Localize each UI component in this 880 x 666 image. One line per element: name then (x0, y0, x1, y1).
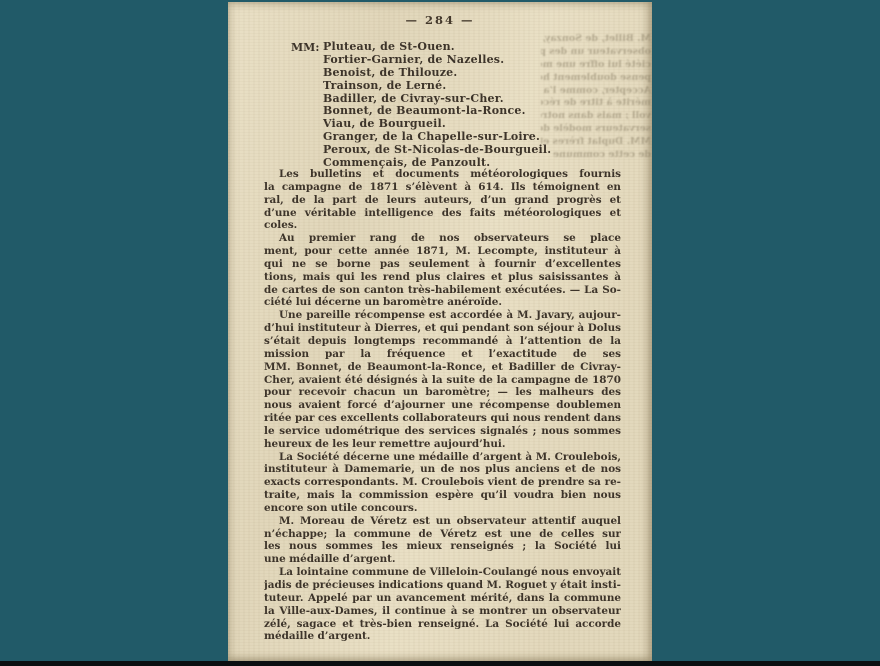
text-line: les nous sommes les mieux renseignés ; l… (264, 540, 621, 553)
scan-bottom-edge (0, 661, 880, 666)
verso-showthrough-text: M. Billet, de Sonzay, tientobservateur u… (541, 33, 651, 162)
verso-showthrough-line: MM. Duplat frères et (541, 136, 651, 149)
text-line: ritée par ces excellents collaborateurs … (264, 412, 621, 425)
text-line: zélé, sagace et très-bien renseigné. La … (264, 618, 621, 631)
text-line: de cartes de son canton très-habilement … (264, 284, 621, 297)
paragraph: Au premier rang de nos observateurs se p… (264, 232, 621, 309)
text-line: médaille d’argent. (264, 630, 621, 643)
page-number: — 284 — (228, 13, 652, 27)
text-line: une médaille d’argent. (264, 553, 621, 566)
text-line: M. Moreau de Véretz est un observateur a… (264, 515, 621, 528)
correspondent-item: Benoist, de Thilouze. (323, 67, 551, 80)
paragraph: M. Moreau de Véretz est un observateur a… (264, 515, 621, 566)
text-line: heureux de les leur remettre aujourd’hui… (264, 438, 621, 451)
verso-showthrough-line: M. Billet, de Sonzay, tient (541, 33, 651, 46)
correspondent-item: Trainson, de Lerné. (323, 80, 551, 93)
text-line: mission par la fréquence et l’exactitude… (264, 348, 621, 361)
list-label: MM: (291, 41, 319, 54)
verso-showthrough-line: Accepter, comme l’a fait (541, 85, 651, 98)
text-line: La lointaine commune de Villeloin-Coulan… (264, 566, 621, 579)
verso-showthrough-line: ciété lui offre une médaille (541, 59, 651, 72)
verso-showthrough-line: pense doublement honorable (541, 72, 651, 85)
text-line: la campagne de 1871 s’élèvent à 614. Ils… (264, 181, 621, 194)
text-line: instituteur à Damemarie, un de nos plus … (264, 463, 621, 476)
text-line: coles. (264, 219, 621, 232)
correspondents-column: Pluteau, de St-Ouen.Fortier-Garnier, de … (323, 41, 551, 170)
paragraph: La lointaine commune de Villeloin-Coulan… (264, 566, 621, 643)
scanned-book-page: — 284 — M. Billet, de Sonzay, tientobser… (228, 2, 652, 661)
verso-showthrough-line: observateur un des plus (541, 46, 651, 59)
correspondent-item: Pluteau, de St-Ouen. (323, 41, 551, 54)
verso-showthrough-line: mérite à titre de récomp (541, 97, 651, 110)
text-line: la Ville-aux-Dames, il continue à se mon… (264, 605, 621, 618)
text-line: tuteur. Appelé par un avancement mérité,… (264, 592, 621, 605)
paragraph: Les bulletins et documents météorologiqu… (264, 168, 621, 232)
paragraph: La Société décerne une médaille d’argent… (264, 451, 621, 515)
text-line: Cher, avaient été désignés à la suite de… (264, 374, 621, 387)
text-line: encore son utile concours. (264, 502, 621, 515)
text-line: exacts correspondants. M. Croulebois vie… (264, 476, 621, 489)
body-text: Les bulletins et documents météorologiqu… (264, 168, 621, 643)
verso-showthrough-line: servateurs modèle de la (541, 123, 651, 136)
text-line: ciété lui décerne un baromètre anéroïde. (264, 296, 621, 309)
text-line: ral, de la part de leurs auteurs, d’un g… (264, 194, 621, 207)
text-line: ment, pour cette année 1871, M. Lecompte… (264, 245, 621, 258)
text-line: jadis de précieuses indications quand M.… (264, 579, 621, 592)
verso-showthrough-line: voll ; mais dans notre vol (541, 110, 651, 123)
text-line: Une pareille récompense est accordée à M… (264, 309, 621, 322)
text-line: tions, mais qui les rend plus claires et… (264, 271, 621, 284)
text-line: d’une véritable intelligence des faits m… (264, 207, 621, 220)
text-line: le service udométrique des services sign… (264, 425, 621, 438)
text-line: Au premier rang de nos observateurs se p… (264, 232, 621, 245)
verso-showthrough-line: de cette commune (541, 149, 651, 162)
text-line: traite, mais la commission espère qu’il … (264, 489, 621, 502)
text-line: n’échappe; la commune de Véretz est une … (264, 528, 621, 541)
text-line: nous avaient forcé d’ajourner une récomp… (264, 399, 621, 412)
text-line: Les bulletins et documents météorologiqu… (264, 168, 621, 181)
text-line: qui ne se borne pas seulement à fournir … (264, 258, 621, 271)
text-line: pour recevoir chacun un baromètre; — les… (264, 386, 621, 399)
correspondents-list: MM: Pluteau, de St-Ouen.Fortier-Garnier,… (291, 41, 551, 170)
text-line: d’hui instituteur à Dierres, et qui pend… (264, 322, 621, 335)
paragraph: Une pareille récompense est accordée à M… (264, 309, 621, 450)
text-line: La Société décerne une médaille d’argent… (264, 451, 621, 464)
text-line: MM. Bonnet, de Beaumont-la-Ronce, et Bad… (264, 361, 621, 374)
text-line: s’était depuis longtemps recommandé à l’… (264, 335, 621, 348)
correspondent-item: Fortier-Garnier, de Nazelles. (323, 54, 551, 67)
